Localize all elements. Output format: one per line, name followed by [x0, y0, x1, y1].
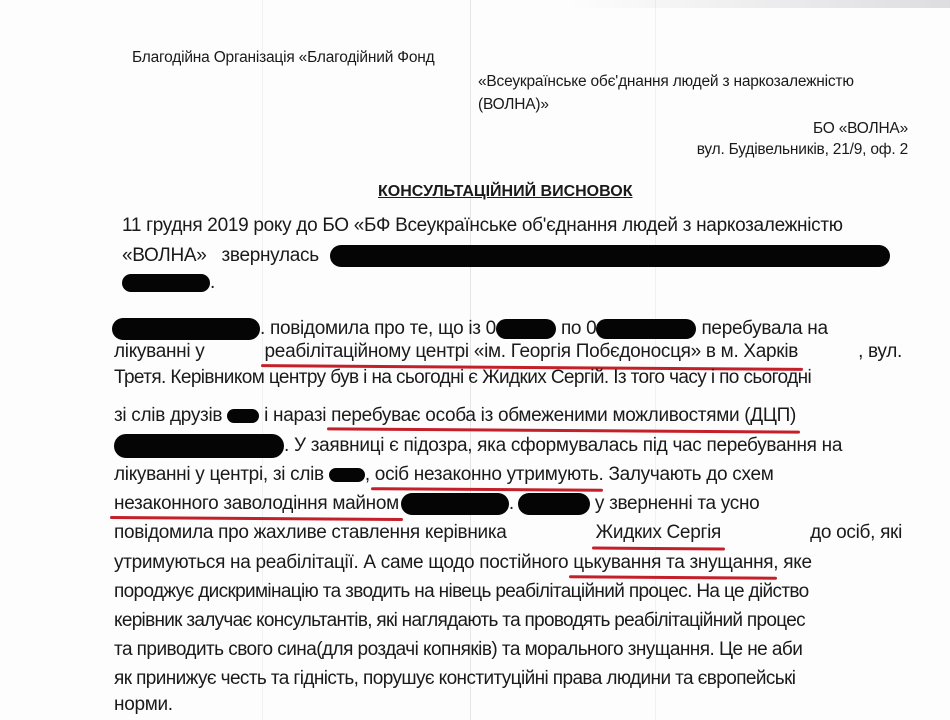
p2-line-6: лікуванні у центрі, зі слів , осіб незак… [114, 464, 774, 486]
text: повідомила про жахливе ставлення керівни… [114, 522, 507, 544]
text: перебувала на [701, 318, 827, 339]
text: , вул. [858, 341, 902, 363]
p1-line-1: 11 грудня 2019 року до БО «БФ Всеукраїнс… [122, 215, 843, 237]
document-title: КОНСУЛЬТАЦІЙНИЙ ВИСНОВОК [378, 183, 633, 201]
text: утримуються на реабілітації. А саме щодо… [114, 552, 568, 573]
redaction [329, 468, 365, 482]
redaction [114, 434, 284, 458]
p2-line-14: норми. [114, 694, 173, 716]
p1-line-3: . [122, 272, 215, 294]
scan-edge-shadow [570, 0, 950, 8]
recipient: БО «ВОЛНА» [813, 120, 908, 138]
p2-line-10: породжує дискримінацію та зводить на нів… [114, 581, 809, 603]
address: вул. Будівельників, 21/9, оф. 2 [697, 141, 908, 159]
text: , яке [773, 552, 811, 573]
text: до осіб, які [810, 522, 902, 544]
p2-line-8: повідомила про жахливе ставлення керівни… [114, 522, 902, 544]
text: лікуванні у центрі, зі слів [114, 464, 324, 485]
redaction [518, 493, 590, 515]
text: зі слів друзів [114, 405, 222, 426]
redaction [401, 493, 509, 515]
text: . повідомила про те, що із 0 [260, 318, 496, 339]
org-name-part-1: Благодійна Організація «Благодійний Фонд [132, 49, 434, 66]
highlighted-director-name: Жидких Сергія [596, 522, 721, 544]
p2-line-2: лікуванні у реабілітаційному центрі «ім.… [114, 341, 902, 363]
p1-line-2: «ВОЛНА» звернулась [122, 245, 890, 267]
org-name-line-1b: «Всеукраїнське обє'днання людей з наркоз… [478, 73, 854, 91]
redaction [596, 319, 696, 339]
highlighted-disabled-person: перебуває особа із обмеженими можливостя… [331, 405, 796, 426]
highlighted-property-seizure: незаконного заволодіння майном [114, 493, 399, 514]
text: . [509, 493, 514, 514]
text: . Залучають до схем [598, 464, 773, 485]
org-name-line-1: Благодійна Організація «Благодійний Фонд [132, 49, 434, 67]
p2-line-1: . повідомила про те, що із 0 по 0 перебу… [112, 318, 828, 340]
p2-line-5: . У заявниці є підозра, яка сформувалась… [114, 434, 842, 458]
org-name-part-2: «Всеукраїнське обє'днання людей з наркоз… [478, 73, 854, 90]
p2-line-9: утримуються на реабілітації. А саме щодо… [114, 552, 812, 574]
highlighted-illegal-detention: осіб незаконно утримують [375, 464, 599, 485]
p2-line-4: зі слів друзів і наразі перебуває особа … [114, 405, 796, 427]
p2-line-11: керівник залучає консультантів, які нагл… [114, 610, 805, 632]
redaction [496, 319, 556, 339]
period: . [210, 272, 215, 293]
text: у зверненні та усно [595, 493, 760, 514]
text: лікуванні у [114, 341, 204, 363]
highlighted-harassment: цькування та знущання [573, 552, 773, 573]
p2-line-7: незаконного заволодіння майном. у зверне… [114, 493, 759, 515]
p2-line-13: як принижує честь та гідність, порушує к… [114, 668, 795, 690]
redaction [122, 274, 210, 292]
text: , [365, 464, 370, 485]
highlighted-rehab-center: реабілітаційному центрі «ім. Георгія Поб… [265, 341, 799, 363]
redaction [227, 409, 259, 423]
p2-line-12: та приводить свого сина(для роздачі копн… [114, 639, 802, 661]
text: по 0 [561, 318, 597, 339]
text: і наразі [264, 405, 326, 426]
org-name-line-2: (ВОЛНА)» [478, 96, 549, 114]
redaction [112, 318, 260, 340]
text: . У заявниці є підозра, яка сформувалась… [284, 435, 842, 456]
verb-text: звернулась [221, 245, 318, 266]
redaction [330, 245, 890, 267]
p2-line-3: Третя. Керівником центру був і на сьогод… [114, 367, 811, 389]
org-short-name: «ВОЛНА» [122, 245, 207, 266]
